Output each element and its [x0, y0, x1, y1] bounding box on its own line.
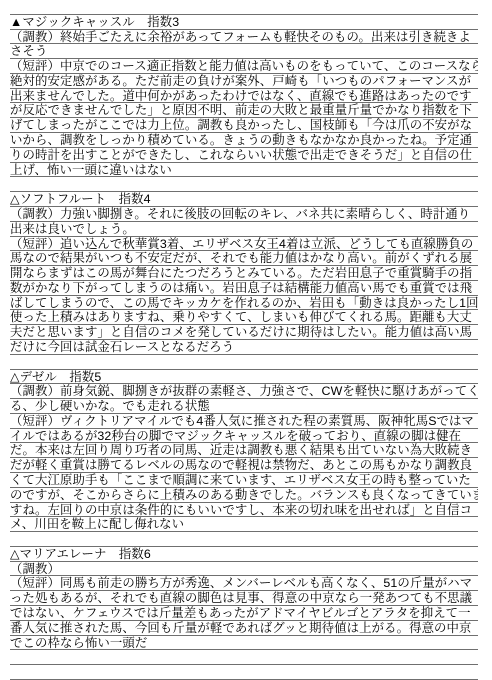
text-line: が反応できませんでした」と原因不明、前走の大敗と最重量斤量でかなり指数を下 [10, 103, 478, 118]
text-line: でこの枠なら怖い一頭だ [10, 636, 478, 651]
document-body: ▲マジックキャッスル 指数3（調教）終始手ごたえに余裕があってフォームも軽快その… [10, 0, 478, 680]
text-line: （短評）ヴィクトリアマイルでも4番人気に推された程の素質馬、阪神牝馬Sではマ [10, 414, 478, 429]
text-line: （調教）終始手ごたえに余裕があってフォームも軽快そのもの。出来は引き続きよ [10, 30, 478, 45]
text-line: だ。本来は左回り周り巧者の同馬、近走は調教も悪く結果も出ていない為大敗続き [10, 443, 478, 458]
text-line: った処もあるが、それでも直線の脚色は見事、得意の中京なら一発あつても不思議 [10, 591, 478, 606]
section-title-soft-flute: △ソフトフルート 指数4 [10, 192, 478, 207]
text-line: 使った上積みはありますね、乗りやすくて、しまいも伸びてくれる馬。距離も大丈 [10, 310, 478, 325]
text-line: 出来は良いでしょう。 [10, 222, 478, 237]
text-line: げてしまったがここでは力上位。調教も良かったし、国枝師も「今は爪の不安がな [10, 118, 478, 133]
section-soft-flute: △ソフトフルート 指数4（調教）力強い脚捌き。それに後肢の回転のキレ、バネ共に素… [10, 192, 478, 355]
blank-line [10, 0, 478, 15]
text-line: すね。左回りの中京は条件的にもいいですし、本来の切れ味を出せれば」と自信コ [10, 503, 478, 518]
blank-line [10, 650, 478, 665]
text-line: のですが、そこからさらに上積みのある動きでした。バランスも良くなってきていま [10, 488, 478, 503]
text-line: ばしてしまうので、この馬でキッカケを作れるのか、岩田も「動きは良かったし1回 [10, 296, 478, 311]
text-line: （調教）力強い脚捌き。それに後肢の回転のキレ、バネ共に素晴らしく、時計通り [10, 207, 478, 222]
section-maria-elena: △マリアエレーナ 指数6（調教）（短評）同馬も前走の勝ち方が秀逸、メンバーレベル… [10, 547, 478, 650]
text-line: いから、調教をしっかり積めている。きょうの動きもなかなか良かったね。予定通 [10, 133, 478, 148]
text-line: メ、川田を鞍上に配し侮れない [10, 517, 478, 532]
text-line: だが軽く重賞は勝てるレベルの馬なので軽視は禁物だ、あとこの馬もかなり調教良 [10, 458, 478, 473]
text-line: （短評）同馬も前走の勝ち方が秀逸、メンバーレベルも高くなく、51の斤量がハマ [10, 576, 478, 591]
text-line: ではない、ケフェウスでは斤量差もあったがアドマイヤビルゴとアラタを抑えて一 [10, 606, 478, 621]
text-line: だけに今回は試金石レースとなるだろう [10, 340, 478, 355]
text-line: 番人気に推された馬、今回も斤量が軽であればグッと期待値は上がる。得意の中京 [10, 621, 478, 636]
section-title-dezel: △デゼル 指数5 [10, 370, 478, 385]
text-line: （調教） [10, 562, 478, 577]
text-line: 数がかなり下がってしまうのは痛い。岩田息子は結構能力値高い馬でも重賞では飛 [10, 281, 478, 296]
section-title-magic-castle: ▲マジックキャッスル 指数3 [10, 15, 478, 30]
text-line: （短評）追い込んで秋華賞3着、エリザベス女王4着は立派、どうしても直線勝負の [10, 237, 478, 252]
section-title-maria-elena: △マリアエレーナ 指数6 [10, 547, 478, 562]
text-line: くて大江原助手も「ここまで順調に来ています、エリザベス女王の時も整っていた [10, 473, 478, 488]
section-dezel: △デゼル 指数5（調教）前身気鋭、脚捌きが抜群の素軽さ、力強さで、CWを軽快に駆… [10, 370, 478, 533]
document-page: ▲マジックキャッスル 指数3（調教）終始手ごたえに余裕があってフォームも軽快その… [0, 0, 492, 680]
text-line: る、少し硬いかな。でも走れる状態 [10, 399, 478, 414]
text-line: 上げ、怖い一頭に違いはない [10, 163, 478, 178]
blank-line [10, 532, 478, 547]
blank-line [10, 177, 478, 192]
text-line: さそう [10, 44, 478, 59]
text-line: 開ならまずはこの馬が舞台にたつだろうとみている。ただ岩田息子で重賞騎手の指 [10, 266, 478, 281]
text-line: 馬なので結果がいつも不安定だが、それでも能力値はかなり高い。前がくずれる展 [10, 251, 478, 266]
blank-line [10, 355, 478, 370]
text-line: （調教）前身気鋭、脚捌きが抜群の素軽さ、力強さで、CWを軽快に駆けあがってく [10, 384, 478, 399]
section-magic-castle: ▲マジックキャッスル 指数3（調教）終始手ごたえに余裕があってフォームも軽快その… [10, 15, 478, 178]
text-line: りの時計を出すことができたし、これならいい状態で出走できそうだ」と自信の仕 [10, 148, 478, 163]
text-line: 出来ませんでした。道中何かがあったわけではなく、直線でも進路はあったのです [10, 89, 478, 104]
text-line: （短評）中京でのコース適正指数と能力値は高いものをもっていて、このコースなら [10, 59, 478, 74]
blank-line [10, 665, 478, 680]
text-line: 夫だと思います」と自信のコメを発しているだけに期待はしたい。能力値は高い馬 [10, 325, 478, 340]
text-line: 絶対的安定感がある。ただ前走の負けが案外、戸崎も「いつものパフォーマンスが [10, 74, 478, 89]
text-line: イルではあるが32秒台の脚でマジックキャッスルを破っており、直線の脚は健在 [10, 429, 478, 444]
